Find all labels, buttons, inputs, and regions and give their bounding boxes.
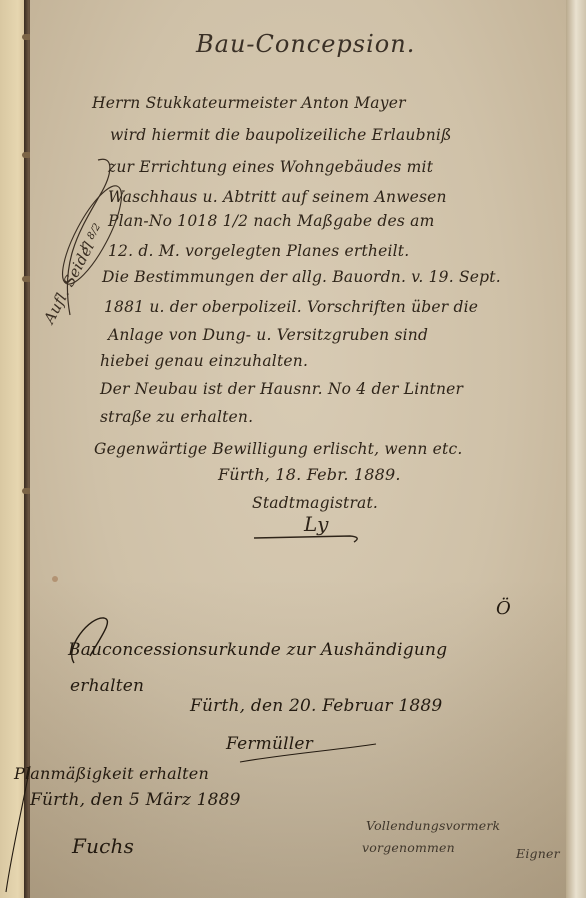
completion-line: vorgenommen: [362, 840, 455, 855]
descender-flourish-icon: [0, 760, 40, 898]
text-line: Plan-No 1018 1/2 nach Maßgabe des am: [108, 212, 435, 230]
document-title: Bau-Concepsion.: [196, 30, 415, 58]
compliance-place-date: Fürth, den 5 März 1889: [30, 790, 241, 810]
text-line: 12. d. M. vorgelegten Planes ertheilt.: [108, 242, 409, 260]
receipt-place-date: Fürth, den 20. Februar 1889: [190, 696, 442, 716]
issuer: Stadtmagistrat.: [252, 494, 378, 512]
place-date: Fürth, 18. Febr. 1889.: [218, 465, 401, 484]
text-line: hiebei genau einzuhalten.: [100, 352, 308, 370]
text-line: Gegenwärtige Bewilligung erlischt, wenn …: [94, 440, 463, 458]
corner-mark: Ö: [496, 598, 511, 619]
text-line: wird hiermit die baupolizeiliche Erlaubn…: [110, 126, 452, 144]
text-line: Anlage von Dung- u. Versitzgruben sind: [108, 326, 428, 344]
completion-line: Vollendungsvormerk: [366, 818, 500, 833]
compliance-signature: Fuchs: [72, 834, 134, 858]
completion-signature: Eigner: [516, 846, 560, 861]
text-line: Waschhaus u. Abtritt auf seinem Anwesen: [108, 188, 447, 206]
text-line: 1881 u. der oberpolizeil. Vorschriften ü…: [104, 298, 478, 316]
signature-stroke-icon: [236, 740, 386, 770]
text-line: zur Errichtung eines Wohngebäudes mit: [108, 158, 433, 176]
signature-underline-icon: [250, 528, 370, 548]
capital-flourish-icon: [60, 608, 120, 668]
text-line: straße zu erhalten.: [100, 408, 253, 426]
receipt-line: Bauconcessionsurkunde zur Aushändigung: [68, 640, 447, 660]
text-line: Der Neubau ist der Hausnr. No 4 der Lint…: [100, 380, 463, 398]
right-page-edges: [566, 0, 586, 898]
receipt-line: erhalten: [70, 676, 144, 696]
text-line: Die Bestimmungen der allg. Bauordn. v. 1…: [102, 268, 501, 286]
text-line: Herrn Stukkateurmeister Anton Mayer: [92, 94, 406, 112]
compliance-line: Planmäßigkeit erhalten: [14, 764, 209, 783]
paper-stain: [52, 576, 58, 582]
